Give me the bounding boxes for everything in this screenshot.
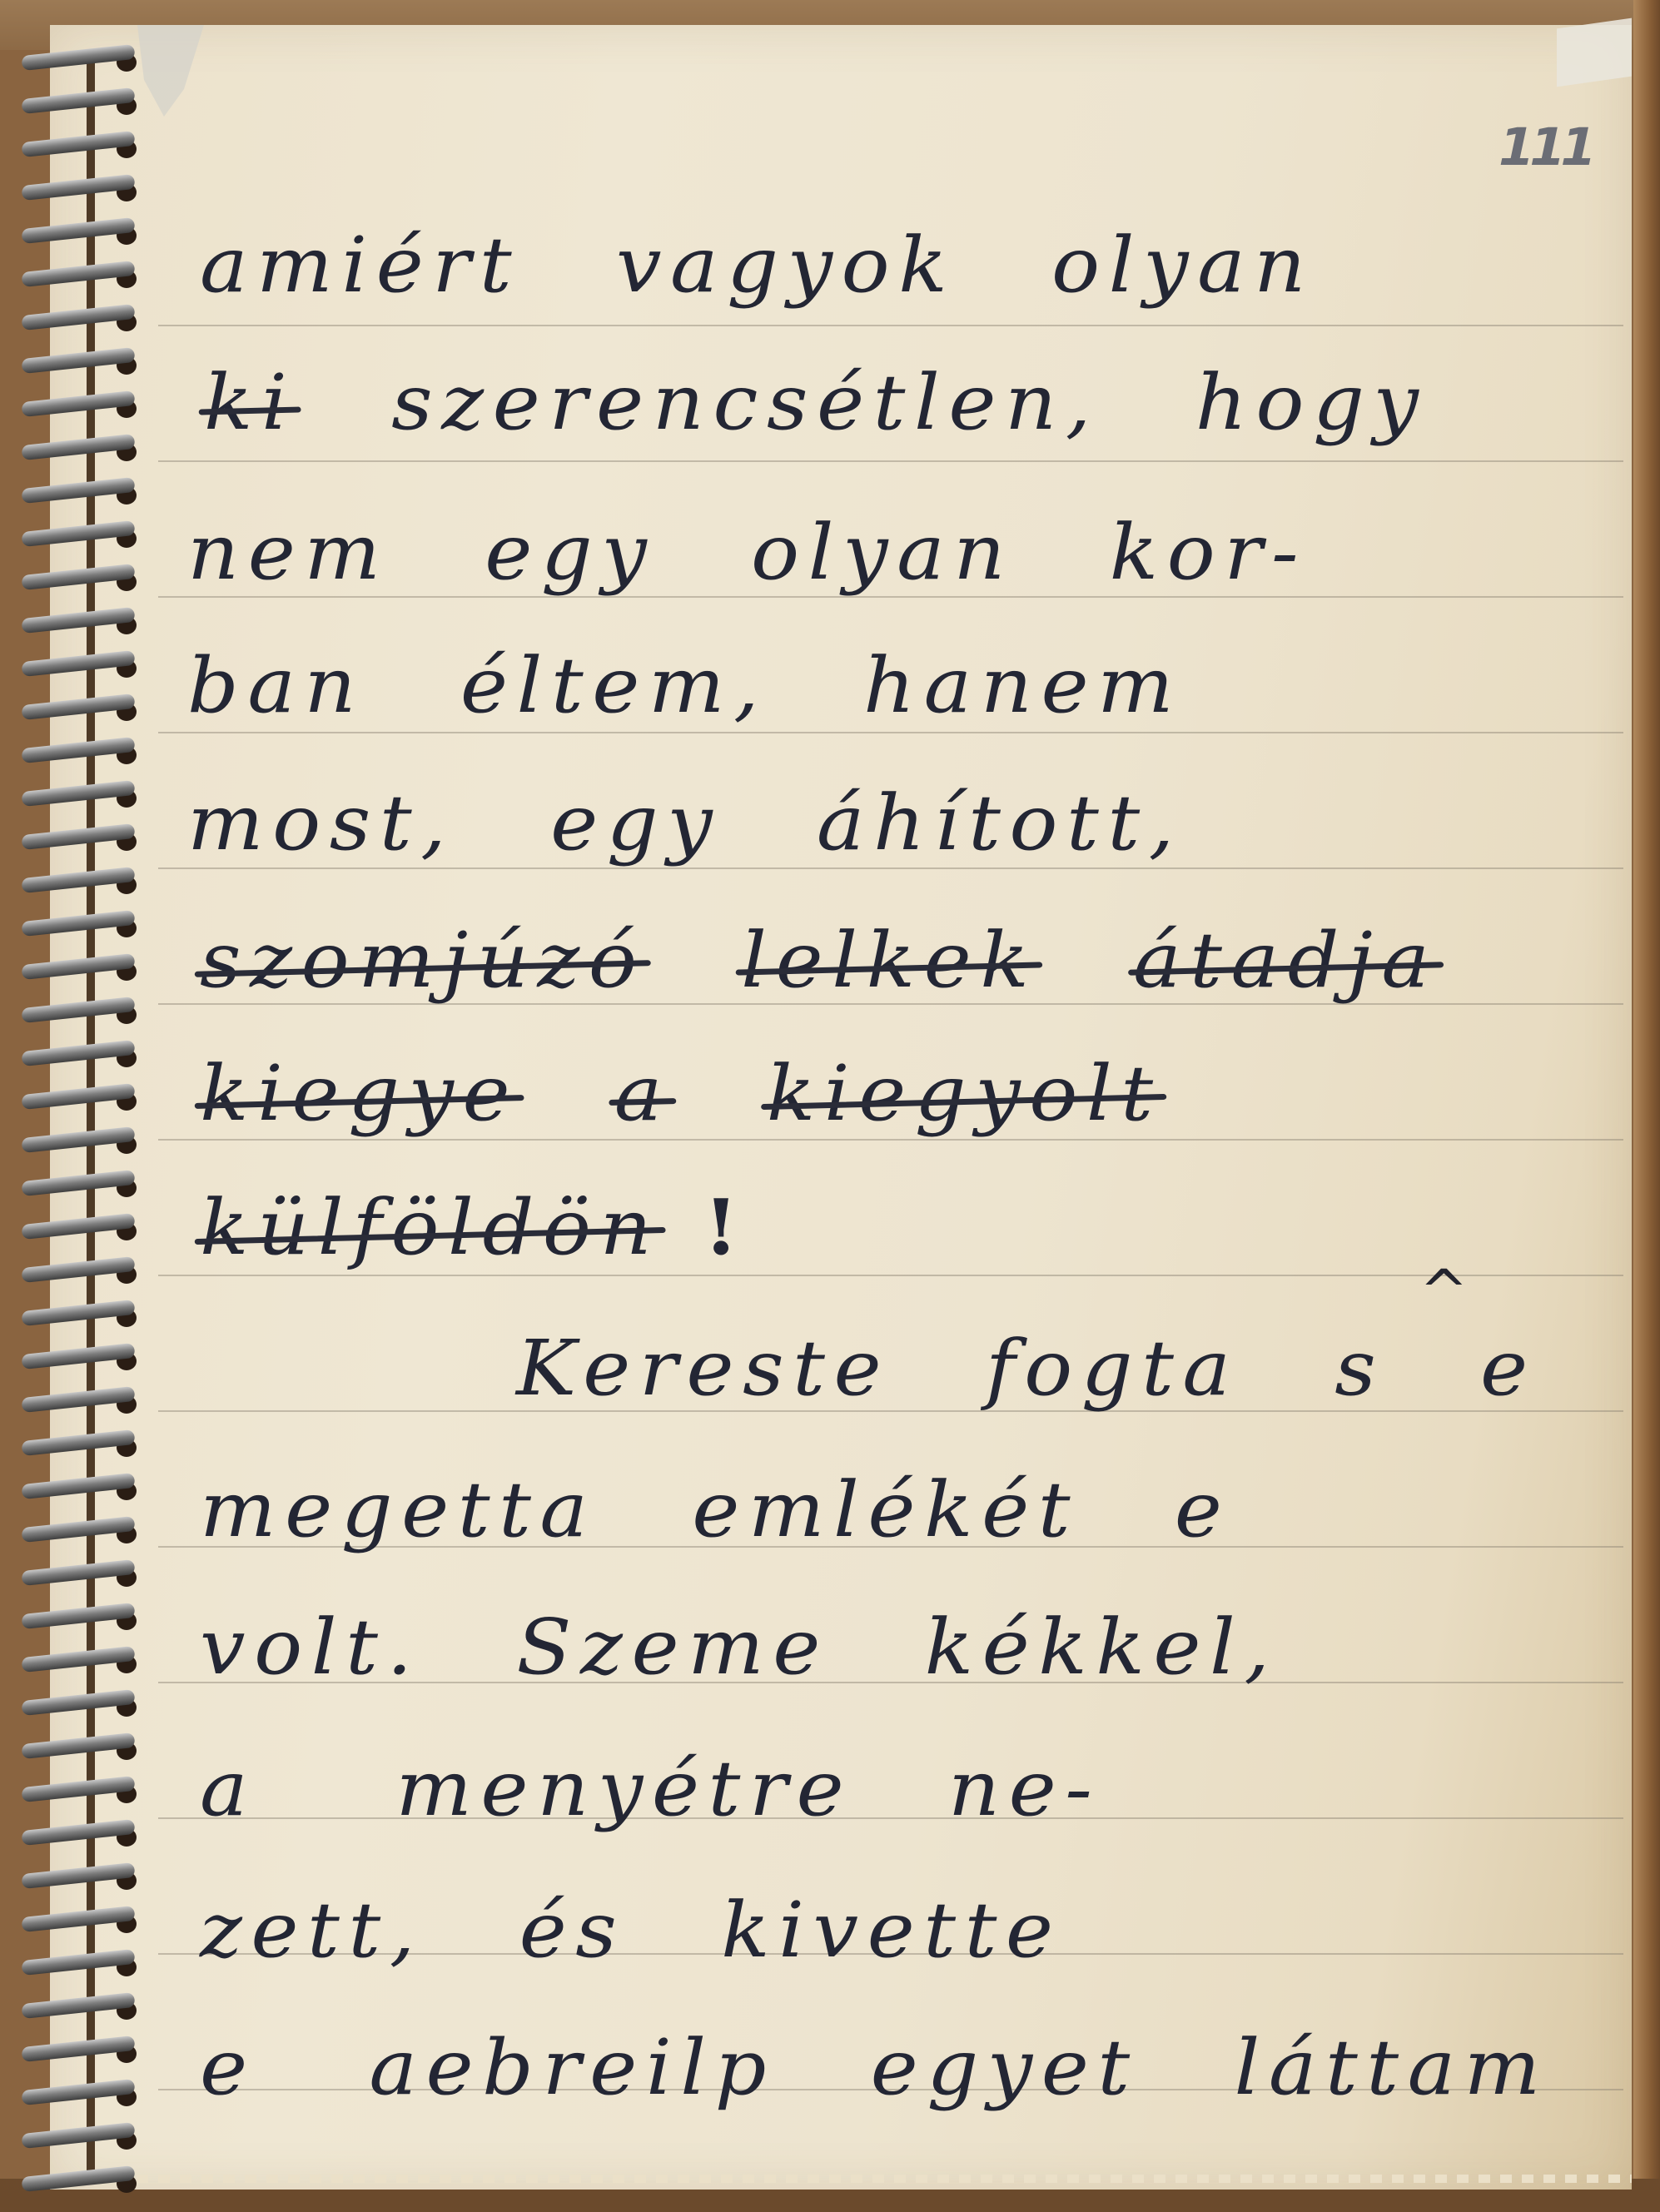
- struck-word: ki: [204, 358, 296, 447]
- ruled-line: [158, 1139, 1623, 1141]
- struck-word: lelkek: [741, 916, 1037, 1005]
- handwritten-line-13: zett, és kivette: [200, 1886, 1123, 1975]
- handwritten-line-5: most, egy áhított,: [187, 778, 1244, 867]
- handwritten-line-10: megetta emlékét e: [200, 1465, 1292, 1554]
- word: és: [519, 1886, 626, 1975]
- exclamation-mark: !: [703, 1182, 748, 1272]
- word: volt.: [200, 1603, 421, 1692]
- word: s: [1334, 1324, 1384, 1413]
- handwritten-line-3: nem egy olyan kor-: [187, 508, 1369, 597]
- word: zett,: [200, 1886, 424, 1975]
- word: kivette: [721, 1886, 1061, 1975]
- handwritten-line-8: külföldön !: [200, 1182, 808, 1272]
- word: nem: [187, 508, 389, 597]
- word: Szeme: [516, 1603, 829, 1692]
- word: egy: [550, 778, 721, 867]
- handwritten-line-7: kiegye a kiegyolt: [200, 1049, 1223, 1138]
- handwritten-line-6: szomjúzó lelkek átadja: [200, 916, 1499, 1005]
- word: aebreilp: [369, 2023, 775, 2112]
- word: e: [1175, 1465, 1231, 1554]
- handwritten-line-14: e aebreilp egyet láttam: [200, 2023, 1610, 2112]
- word: kor-: [1110, 508, 1308, 597]
- word: olyan: [1051, 221, 1315, 310]
- insertion-caret: ^: [1419, 1257, 1469, 1325]
- handwritten-line-11: volt. Szeme kékkel,: [200, 1603, 1339, 1692]
- word: a: [200, 1744, 256, 1833]
- word: fogta: [986, 1324, 1240, 1413]
- word: láttam: [1234, 2023, 1548, 2112]
- word: Kereste: [516, 1324, 890, 1413]
- word: ne-: [948, 1744, 1101, 1833]
- word: emlékét: [692, 1465, 1079, 1554]
- struck-word: kiegyolt: [767, 1049, 1162, 1138]
- word: amiért: [200, 221, 520, 310]
- struck-word: a: [614, 1049, 671, 1138]
- handwritten-line-4: ban éltem, hanem: [187, 641, 1244, 730]
- word: e: [1480, 1324, 1537, 1413]
- handwritten-line-2: ki szerencsétlen, hogy: [204, 358, 1489, 447]
- word: hanem: [863, 641, 1182, 730]
- word: éltem,: [460, 641, 768, 730]
- struck-word: külföldön: [200, 1183, 660, 1272]
- handwritten-line-1: amiért vagyok olyan: [200, 221, 1375, 310]
- word: vagyok: [616, 221, 956, 310]
- handwritten-line-12: a menyétre ne-: [200, 1744, 1162, 1833]
- ruled-line: [158, 460, 1623, 462]
- struck-word: átadja: [1133, 916, 1438, 1005]
- word: egyet: [871, 2023, 1139, 2112]
- ruled-line: [158, 325, 1623, 326]
- torn-page-edge: [50, 2175, 1632, 2183]
- word: egy: [485, 508, 655, 597]
- handwritten-line-9: Kereste fogta s e: [516, 1324, 1598, 1413]
- word: kékkel,: [925, 1603, 1279, 1692]
- page-number: 111: [1492, 117, 1598, 177]
- word: e: [200, 2023, 256, 2112]
- ruled-line: [158, 1275, 1623, 1276]
- tape-corner: [1557, 18, 1632, 87]
- ruled-line: [158, 732, 1623, 733]
- spiral-binding: [0, 42, 142, 2198]
- struck-word: kiegye: [200, 1049, 519, 1138]
- word: menyétre: [395, 1744, 852, 1833]
- word: olyan: [751, 508, 1014, 597]
- word: áhított,: [817, 778, 1183, 867]
- word: hogy: [1195, 358, 1428, 447]
- struck-word: szomjúzó: [200, 916, 645, 1005]
- word: most,: [187, 778, 455, 867]
- word: szerencsétlen,: [391, 358, 1100, 447]
- ruled-line: [158, 867, 1623, 869]
- word: megetta: [200, 1465, 597, 1554]
- word: ban: [187, 641, 365, 730]
- wood-background-right: [1633, 0, 1660, 2212]
